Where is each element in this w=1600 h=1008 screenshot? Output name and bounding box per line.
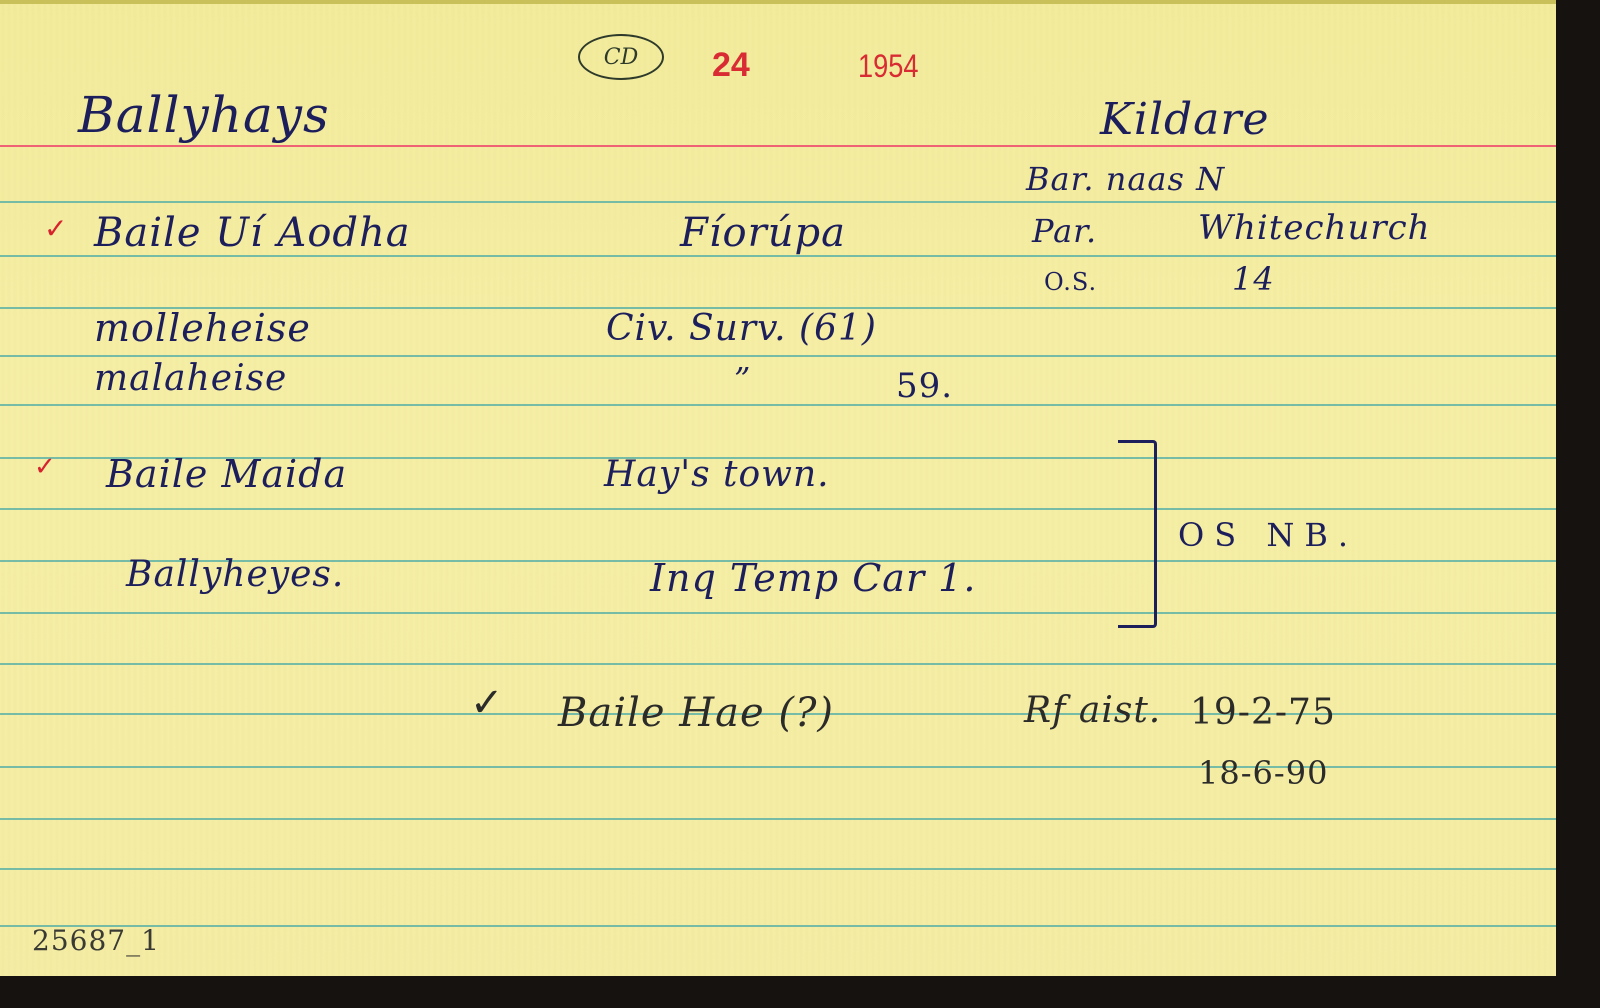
os-label: O.S. xyxy=(1044,268,1097,296)
scan-border-right xyxy=(1556,0,1600,1008)
entry-irish-form: malaheise xyxy=(94,358,287,399)
barony: Bar. naas N xyxy=(1026,160,1225,198)
entry-source: Hay's town. xyxy=(604,454,830,495)
entry-source: Fíorúpa xyxy=(680,210,846,256)
entry-source: Inq Temp Car 1. xyxy=(650,556,976,600)
catalog-id: 25687_1 xyxy=(32,924,160,957)
os-sheet: 14 xyxy=(1232,260,1275,298)
cd-mark-text: CD xyxy=(604,45,638,70)
place-name: Ballyhays xyxy=(78,86,330,144)
header-rule xyxy=(0,145,1556,147)
ruled-line xyxy=(0,404,1556,406)
reference-date-1: 19-2-75 xyxy=(1190,692,1336,733)
entry-irish-form: molleheise xyxy=(94,306,311,350)
check-mark-icon: ✓ xyxy=(470,680,504,726)
ruled-line xyxy=(0,201,1556,203)
ruled-line xyxy=(0,868,1556,870)
ruled-line xyxy=(0,663,1556,665)
check-mark-icon: ✓ xyxy=(34,452,56,482)
county-name: Kildare xyxy=(1100,94,1270,145)
ruled-line xyxy=(0,925,1556,927)
scan-border-bottom xyxy=(0,976,1600,1008)
parish-label: Par. xyxy=(1032,212,1097,250)
reference-label: Rf aist. xyxy=(1024,690,1161,731)
entry-note: 59. xyxy=(896,366,953,406)
entry-irish-form: Baile Maida xyxy=(106,452,347,496)
cd-circled-mark: CD xyxy=(578,34,664,80)
check-mark-icon: ✓ xyxy=(44,212,67,245)
ruled-line xyxy=(0,355,1556,357)
parish-name: Whitechurch xyxy=(1198,208,1431,248)
ditto-mark: ” xyxy=(734,360,751,398)
card-number-stamp: 24 xyxy=(712,46,750,85)
entry-source: Civ. Surv. (61) xyxy=(606,308,877,349)
grouping-bracket xyxy=(1118,440,1157,628)
reference-date-2: 18-6-90 xyxy=(1198,754,1328,792)
bracket-note: OS NB. xyxy=(1178,516,1358,554)
ruled-line xyxy=(0,612,1556,614)
ruled-line xyxy=(0,818,1556,820)
final-form: Baile Hae (?) xyxy=(558,690,834,736)
ruled-line xyxy=(0,508,1556,510)
year-stamp: 1954 xyxy=(858,48,919,85)
card-top-edge xyxy=(0,0,1556,4)
entry-irish-form: Ballyheyes. xyxy=(126,554,344,595)
entry-irish-form: Baile Uí Aodha xyxy=(94,210,411,256)
index-card: CD 24 1954 Ballyhays Kildare Bar. naas N… xyxy=(0,0,1556,976)
